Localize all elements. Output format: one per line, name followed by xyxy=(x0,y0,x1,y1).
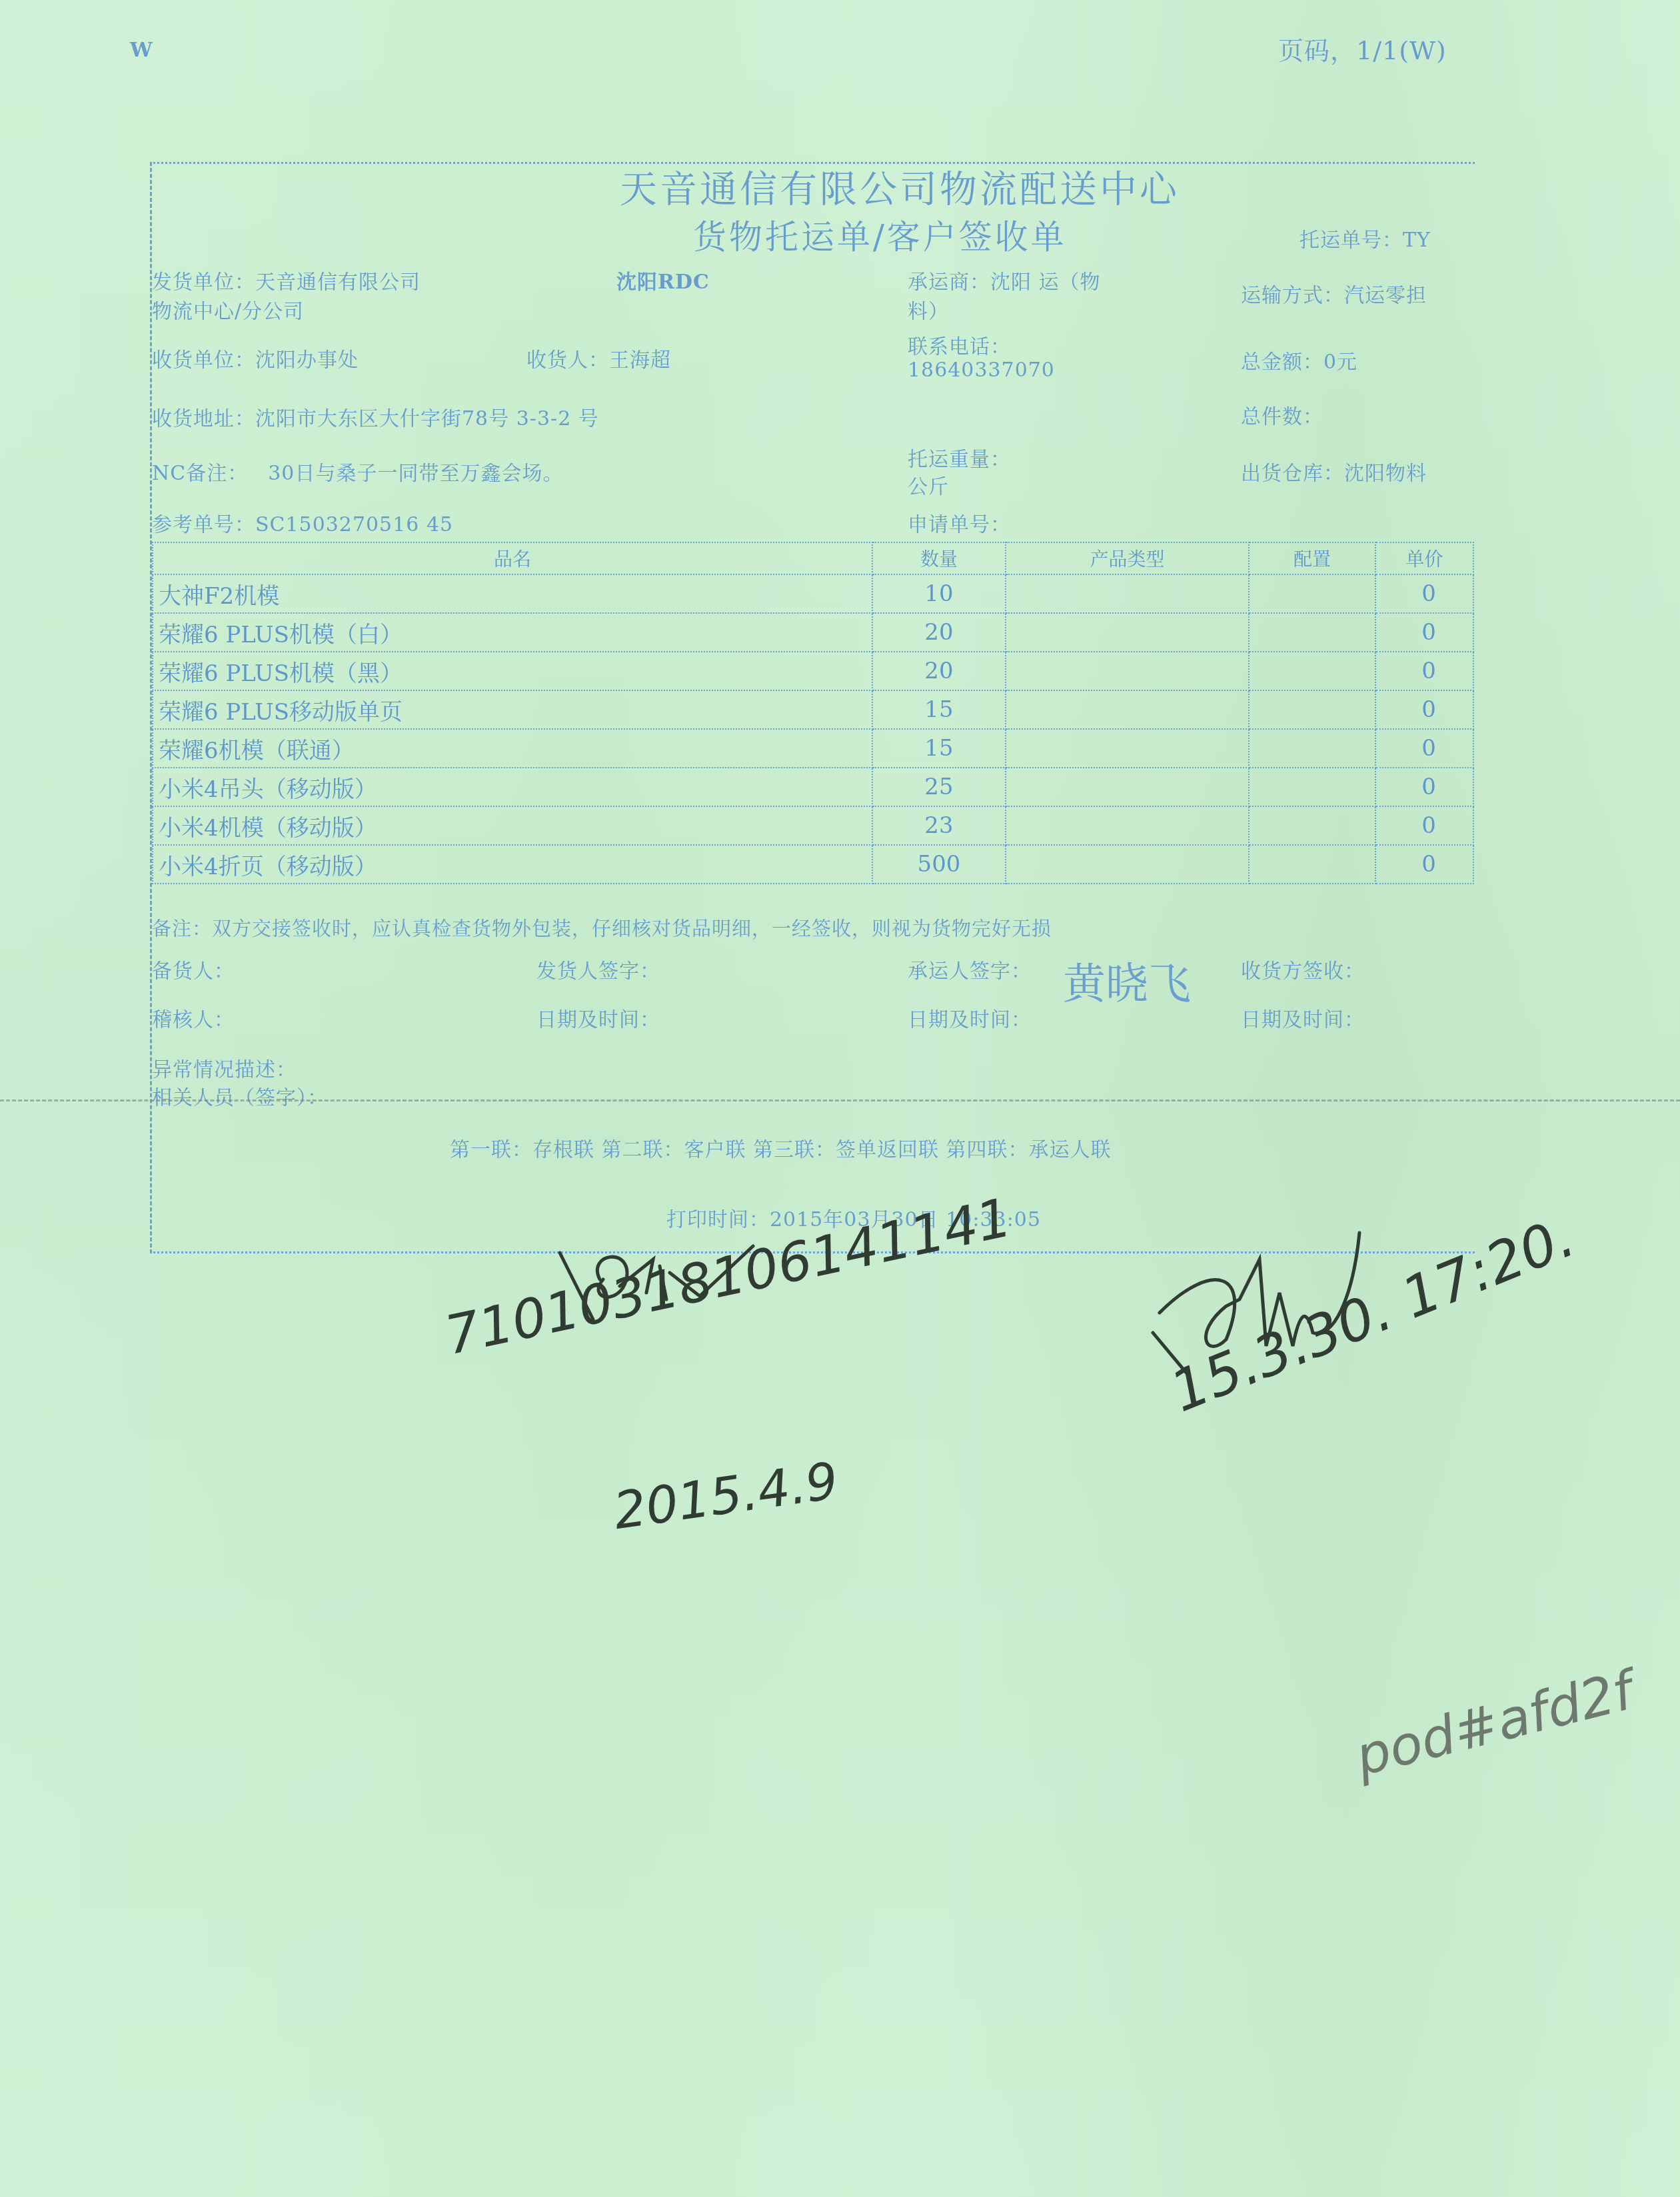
item-price: 0 xyxy=(1375,806,1473,845)
pencil-pod-note: pod#afd2f xyxy=(1349,1659,1639,1788)
table-row: 荣耀6 PLUS移动版单页 15 0 xyxy=(153,690,1473,729)
reference-value: SC1503270516 45 xyxy=(255,513,453,536)
phone-label: 联系电话： xyxy=(908,330,1011,359)
exception-label: 异常情况描述： xyxy=(152,1053,297,1082)
handwritten-date-left: 2015.4.9 xyxy=(610,1451,842,1541)
item-type xyxy=(1006,768,1249,806)
shipper-label: 发货单位： xyxy=(152,271,255,294)
shipper-rdc: 沈阳RDC xyxy=(616,265,710,295)
item-config xyxy=(1249,729,1375,768)
copies-legend: 第一联：存根联 第二联：客户联 第三联：签单返回联 第四联：承运人联 xyxy=(450,1133,1112,1162)
table-row: 小米4折页（移动版） 500 0 xyxy=(153,845,1473,884)
item-name: 荣耀6 PLUS机模（黑） xyxy=(153,652,872,690)
carrier-label: 承运商： xyxy=(908,271,990,294)
item-price: 0 xyxy=(1375,690,1473,729)
item-qty: 15 xyxy=(872,729,1006,768)
date-time-label-sender: 日期及时间： xyxy=(536,1003,660,1032)
total-amount-field: 总金额：0元 xyxy=(1241,345,1357,374)
receiver-field: 收货人：王海超 xyxy=(526,343,671,372)
item-qty: 20 xyxy=(872,613,1006,652)
carrier-field: 承运商：沈阳 运（物 xyxy=(908,265,1101,295)
col-header-qty: 数量 xyxy=(872,542,1006,574)
total-amount-value: 0元 xyxy=(1323,351,1357,374)
item-name: 小米4吊头（移动版） xyxy=(153,768,872,806)
item-price: 0 xyxy=(1375,652,1473,690)
col-header-name: 品名 xyxy=(153,542,872,574)
carrier-sign-label: 承运人签字： xyxy=(908,954,1032,984)
col-header-config: 配置 xyxy=(1249,542,1375,574)
item-name: 小米4折页（移动版） xyxy=(153,845,872,884)
item-type xyxy=(1006,574,1249,613)
exception-person-label: 相关人员（签字）： xyxy=(152,1081,328,1110)
item-type xyxy=(1006,652,1249,690)
sender-person-label: 备货人： xyxy=(152,954,235,984)
consignment-no: 托运单号：TY xyxy=(1299,223,1431,253)
item-config xyxy=(1249,845,1375,884)
item-type xyxy=(1006,806,1249,845)
item-name: 小米4机模（移动版） xyxy=(153,806,872,845)
receiver-unit-field: 收货单位：沈阳办事处 xyxy=(152,343,359,372)
item-price: 0 xyxy=(1375,613,1473,652)
item-price: 0 xyxy=(1375,574,1473,613)
item-name: 荣耀6 PLUS机模（白） xyxy=(153,613,872,652)
col-header-price: 单价 xyxy=(1375,542,1473,574)
address-field: 收货地址：沈阳市大东区大什字街78号 3-3-2 号 xyxy=(152,402,599,431)
transport-field: 运输方式：汽运零担 xyxy=(1241,279,1427,308)
carrier-handwritten-signature: 黄晓飞 xyxy=(1063,950,1191,1011)
total-pieces-field: 总件数： xyxy=(1241,400,1323,429)
sender-sign-label: 发货人签字： xyxy=(536,954,660,984)
form-title: 货物托运单/客户签收单 xyxy=(693,211,1067,259)
nc-remark-field: NC备注：30日与桑子一同带至万鑫会场。 xyxy=(152,456,563,486)
item-type xyxy=(1006,613,1249,652)
weight-label: 托运重量： xyxy=(908,442,1011,472)
phone-value: 18640337070 xyxy=(908,359,1055,382)
item-config xyxy=(1249,806,1375,845)
reference-field: 参考单号：SC1503270516 45 xyxy=(152,508,453,537)
receiver-unit-label: 收货单位： xyxy=(152,349,255,372)
page-mark: W xyxy=(130,39,153,62)
consignment-no-value: TY xyxy=(1403,229,1431,252)
item-name: 荣耀6 PLUS移动版单页 xyxy=(153,690,872,729)
company-title: 天音通信有限公司物流配送中心 xyxy=(620,160,1180,213)
nc-remark-label: NC备注： xyxy=(152,462,248,485)
table-row: 小米4机模（移动版） 23 0 xyxy=(153,806,1473,845)
shipper-value: 天音通信有限公司 xyxy=(255,271,420,294)
date-time-label-carrier: 日期及时间： xyxy=(908,1003,1032,1032)
table-row: 荣耀6机模（联通） 15 0 xyxy=(153,729,1473,768)
item-price: 0 xyxy=(1375,729,1473,768)
reference-label: 参考单号： xyxy=(152,513,255,536)
item-price: 0 xyxy=(1375,768,1473,806)
warehouse-label: 出货仓库： xyxy=(1241,462,1344,485)
item-type xyxy=(1006,690,1249,729)
item-config xyxy=(1249,768,1375,806)
weight-unit: 公斤 xyxy=(908,470,949,499)
shipper-field: 发货单位：天音通信有限公司 xyxy=(152,265,420,295)
table-row: 大神F2机模 10 0 xyxy=(153,574,1473,613)
item-config xyxy=(1249,652,1375,690)
transport-label: 运输方式： xyxy=(1241,284,1344,307)
page-number: 页码，1/1(W) xyxy=(1278,30,1447,67)
item-qty: 10 xyxy=(872,574,1006,613)
warehouse-value: 沈阳物料 xyxy=(1344,462,1427,485)
paper-fold-crease xyxy=(0,1099,1680,1101)
carrier-value-line2: 料） xyxy=(908,295,949,324)
item-type xyxy=(1006,729,1249,768)
item-config xyxy=(1249,613,1375,652)
item-qty: 500 xyxy=(872,845,1006,884)
carrier-value: 沈阳 运（物 xyxy=(990,271,1101,294)
item-price: 0 xyxy=(1375,845,1473,884)
receiver-label: 收货人： xyxy=(526,349,609,372)
receiver-sign-label: 收货方签收： xyxy=(1241,954,1365,984)
date-time-label-receiver: 日期及时间： xyxy=(1241,1003,1365,1032)
item-qty: 15 xyxy=(872,690,1006,729)
warehouse-field: 出货仓库：沈阳物料 xyxy=(1241,456,1427,486)
item-type xyxy=(1006,845,1249,884)
item-qty: 20 xyxy=(872,652,1006,690)
address-label: 收货地址： xyxy=(152,407,255,430)
table-row: 荣耀6 PLUS机模（黑） 20 0 xyxy=(153,652,1473,690)
goods-table: 品名 数量 产品类型 配置 单价 大神F2机模 10 0 荣耀6 PLUS机模（… xyxy=(152,542,1474,884)
checker-label: 稽核人： xyxy=(152,1003,235,1032)
table-header-row: 品名 数量 产品类型 配置 单价 xyxy=(153,542,1473,574)
item-name: 大神F2机模 xyxy=(153,574,872,613)
total-pieces-label: 总件数： xyxy=(1241,405,1323,428)
transport-value: 汽运零担 xyxy=(1344,284,1427,307)
shipper-value-line2: 物流中心/分公司 xyxy=(152,295,304,324)
receiver-unit-value: 沈阳办事处 xyxy=(255,349,359,372)
item-qty: 23 xyxy=(872,806,1006,845)
nc-remark-value: 30日与桑子一同带至万鑫会场。 xyxy=(268,462,563,485)
table-row: 小米4吊头（移动版） 25 0 xyxy=(153,768,1473,806)
item-config xyxy=(1249,690,1375,729)
item-config xyxy=(1249,574,1375,613)
remarks-text: 备注：双方交接签收时，应认真检查货物外包装，仔细核对货品明细，一经签收，则视为货… xyxy=(152,914,1052,942)
table-row: 荣耀6 PLUS机模（白） 20 0 xyxy=(153,613,1473,652)
item-qty: 25 xyxy=(872,768,1006,806)
total-amount-label: 总金额： xyxy=(1241,351,1323,374)
application-no-label: 申请单号： xyxy=(908,508,1011,537)
receiver-value: 王海超 xyxy=(609,349,671,372)
consignment-no-label: 托运单号： xyxy=(1299,229,1403,252)
item-name: 荣耀6机模（联通） xyxy=(153,729,872,768)
col-header-type: 产品类型 xyxy=(1006,542,1249,574)
address-value: 沈阳市大东区大什字街78号 3-3-2 号 xyxy=(255,407,599,430)
